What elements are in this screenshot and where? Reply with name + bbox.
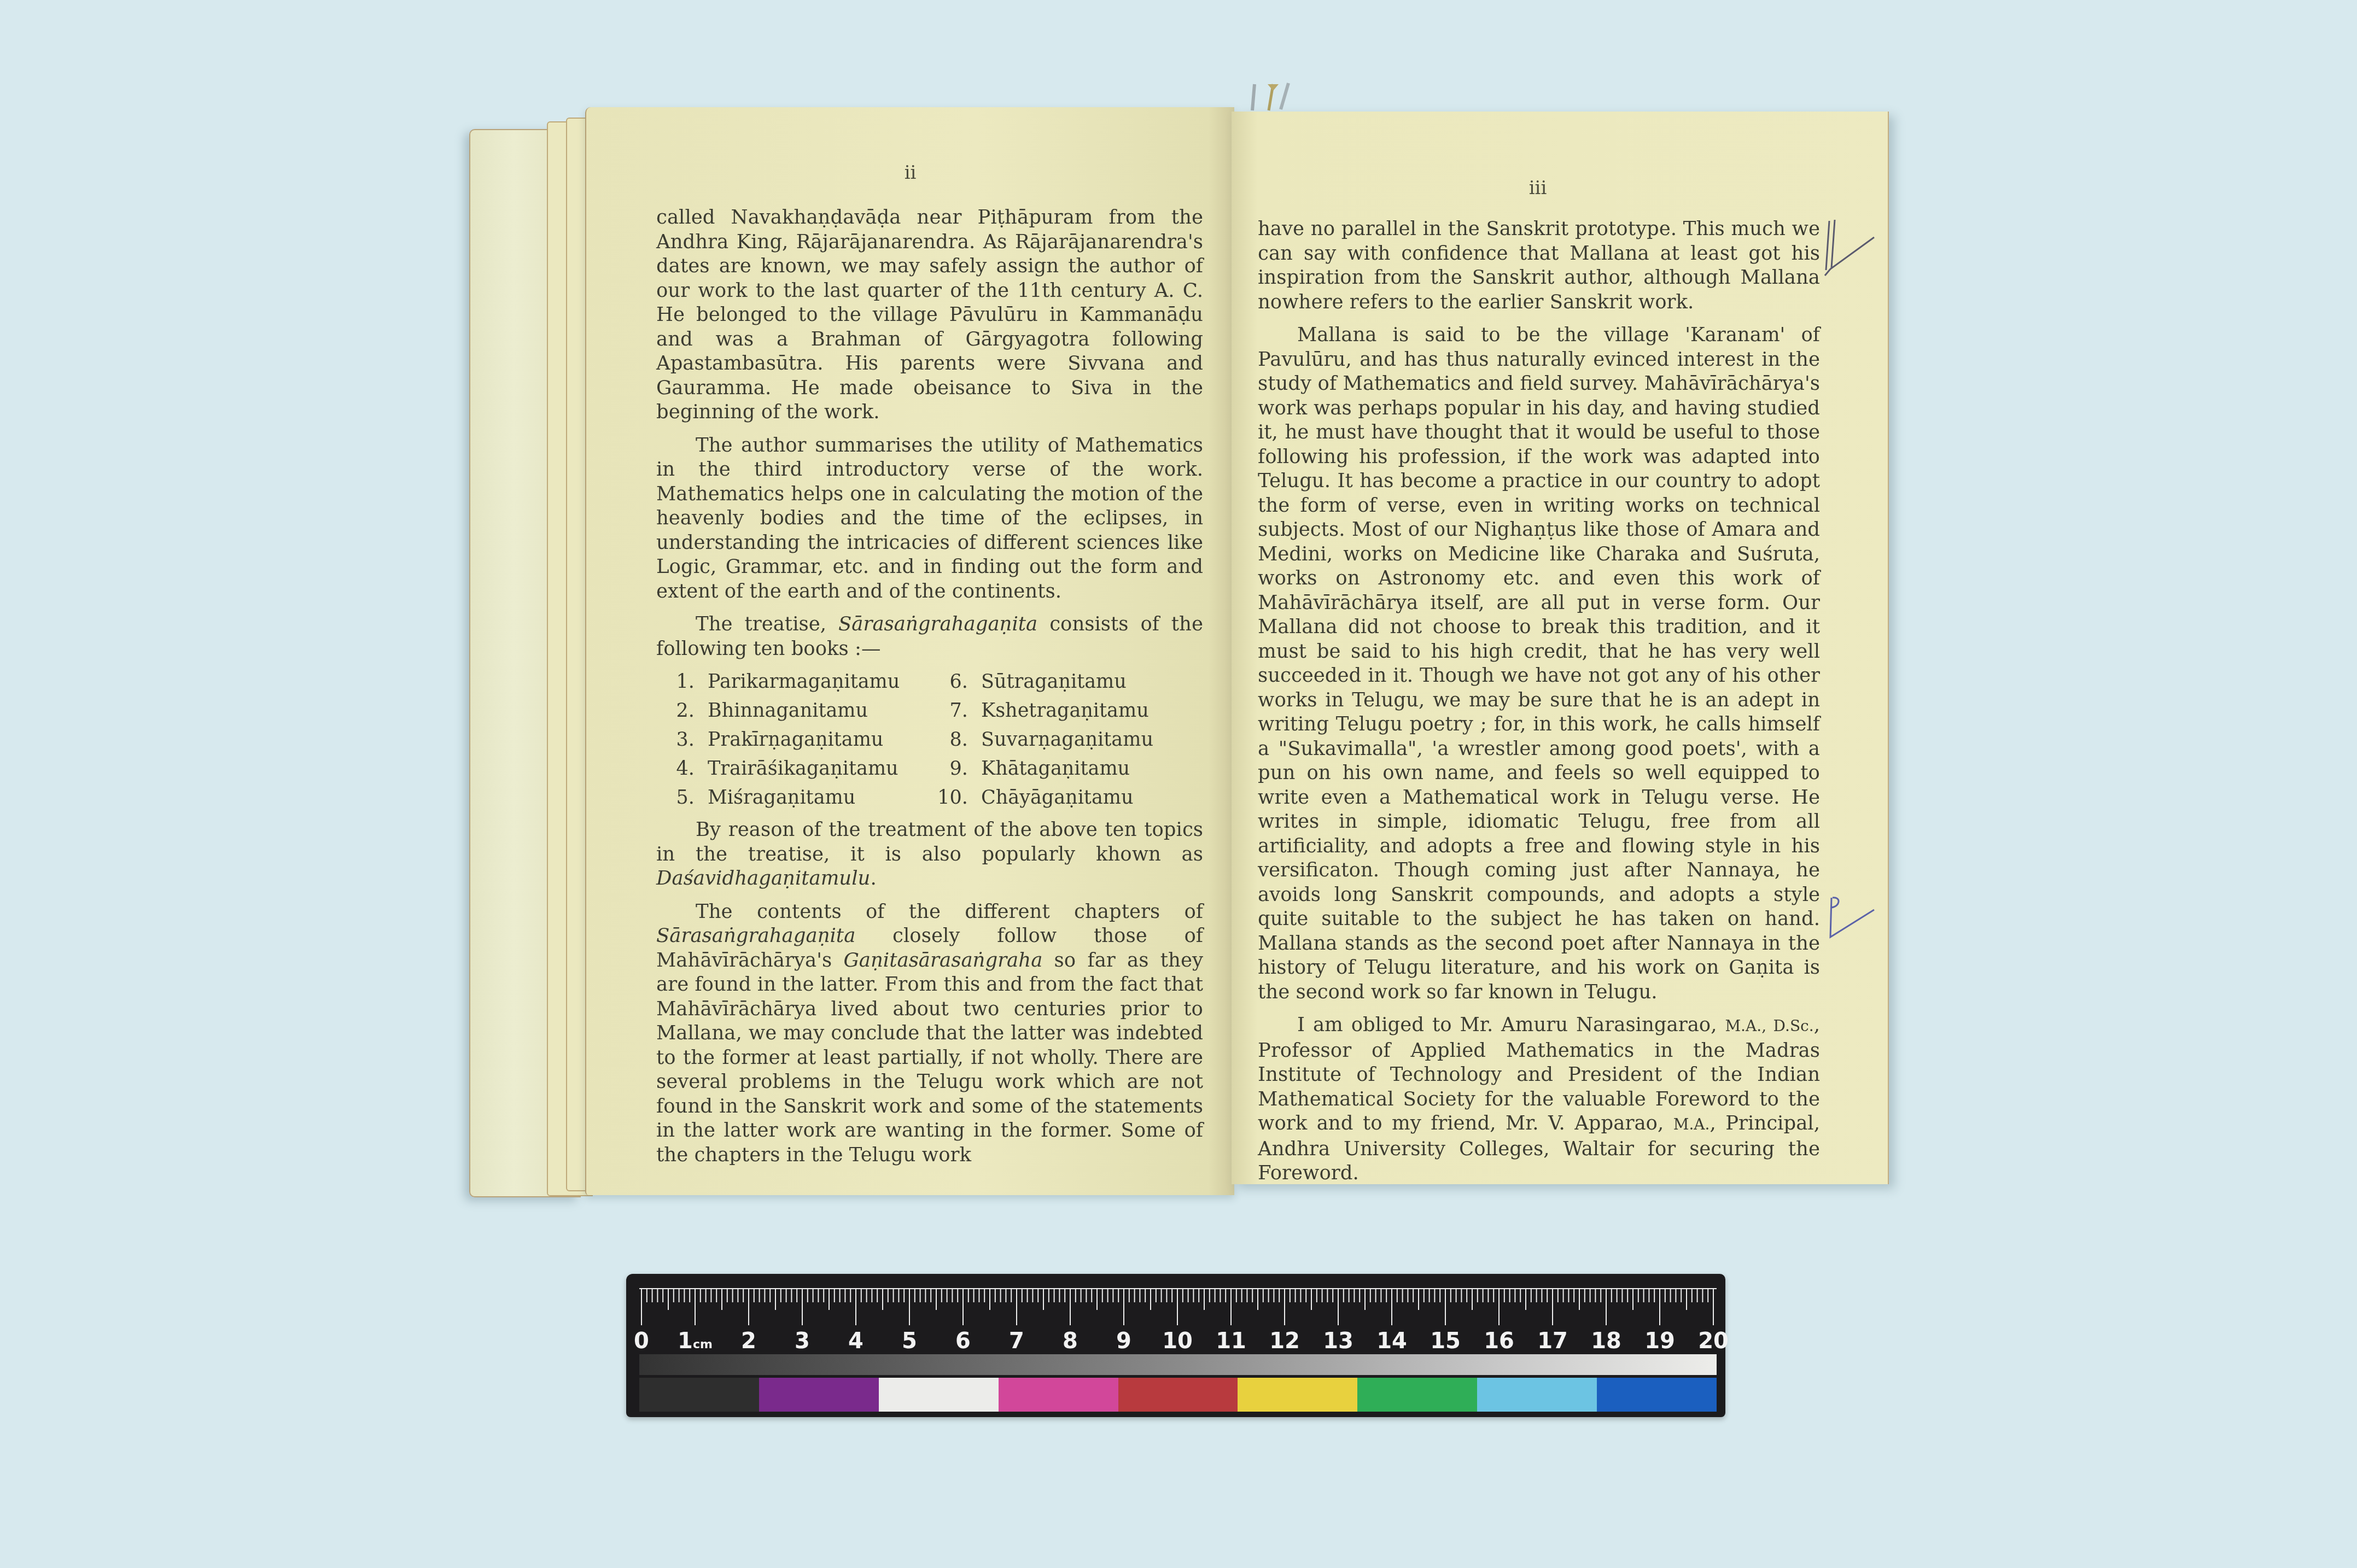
title-italic: Sārasaṅgrahagaṇita xyxy=(838,613,1037,635)
paragraph: The treatise, Sārasaṅgrahagaṇita consist… xyxy=(656,612,1203,661)
ruler-label: 10 xyxy=(1162,1329,1193,1354)
paragraph: By reason of the treatment of the above … xyxy=(656,818,1203,891)
ruler-label: 6 xyxy=(955,1329,971,1354)
ruler-label: 17 xyxy=(1537,1329,1568,1354)
paragraph: The author summarises the utility of Mat… xyxy=(656,434,1203,604)
list-item: 3.Prakīrṇagaṇitamu xyxy=(656,728,930,752)
left-page-body: called Navakhaṇḍavāḍa near Piṭhāpuram fr… xyxy=(656,206,1203,1176)
list-item: 8.Suvarṇagaṇitamu xyxy=(930,728,1203,752)
list-item: 4.Trairāśikagaṇitamu xyxy=(656,757,930,781)
color-swatch xyxy=(1118,1378,1238,1412)
color-swatch xyxy=(879,1378,999,1412)
ruler-label: 8 xyxy=(1063,1329,1078,1354)
title-italic: Gaṇitasārasaṅgraha xyxy=(843,949,1042,972)
paragraph: I am obliged to Mr. Amuru Narasingarao, … xyxy=(1258,1013,1820,1186)
list-item: 5.Miśragaṇitamu xyxy=(656,786,930,810)
books-list: 1.Parikarmagaṇitamu 6.Sūtragaṇitamu 2.Bh… xyxy=(656,670,1203,810)
paragraph: called Navakhaṇḍavāḍa near Piṭhāpuram fr… xyxy=(656,206,1203,425)
color-swatch xyxy=(1477,1378,1597,1412)
paragraph: have no parallel in the Sanskrit prototy… xyxy=(1258,217,1820,314)
ruler-label: 13 xyxy=(1323,1329,1353,1354)
ruler-label: 1cm xyxy=(678,1329,713,1354)
page-number: ii xyxy=(586,162,1234,184)
title-italic: Daśavidhagaṇitamulu xyxy=(656,867,870,890)
pencil-margin-mark-icon xyxy=(1819,215,1885,325)
ruler-label: 18 xyxy=(1591,1329,1621,1354)
ruler-label: 4 xyxy=(848,1329,864,1354)
staple-pin-icon xyxy=(1248,82,1292,115)
ruler-label: 2 xyxy=(741,1329,756,1354)
ruler-label: 16 xyxy=(1484,1329,1514,1354)
list-item: 10.Chāyāgaṇitamu xyxy=(930,786,1203,810)
ruler-label: 20 xyxy=(1698,1329,1729,1354)
scale-ruler: 01cm234567891011121314151617181920 xyxy=(626,1274,1725,1417)
color-swatch xyxy=(759,1378,879,1412)
paragraph: Mallana is said to be the village 'Karan… xyxy=(1258,323,1820,1004)
list-item: 7.Kshetragaṇitamu xyxy=(930,699,1203,723)
ruler-label: 14 xyxy=(1376,1329,1407,1354)
paragraph: The contents of the different chapters o… xyxy=(656,900,1203,1168)
list-item: 6.Sūtragaṇitamu xyxy=(930,670,1203,694)
page-number: iii xyxy=(1210,177,1866,199)
color-swatch xyxy=(1238,1378,1357,1412)
right-page-body: have no parallel in the Sanskrit prototy… xyxy=(1258,217,1820,1195)
color-swatch xyxy=(1357,1378,1477,1412)
left-page: ii called Navakhaṇḍavāḍa near Piṭhāpuram… xyxy=(585,107,1234,1195)
ruler-label: 0 xyxy=(634,1329,649,1354)
ruler-label: 15 xyxy=(1430,1329,1461,1354)
ruler-label: 3 xyxy=(795,1329,810,1354)
ruler-label: 12 xyxy=(1269,1329,1300,1354)
ruler-label: 11 xyxy=(1216,1329,1246,1354)
ruler-label: 9 xyxy=(1116,1329,1131,1354)
ruler-label: 7 xyxy=(1009,1329,1024,1354)
list-item: 9.Khātagaṇitamu xyxy=(930,757,1203,781)
color-swatch xyxy=(999,1378,1118,1412)
list-item: 1.Parikarmagaṇitamu xyxy=(656,670,930,694)
title-italic: Sārasaṅgrahagaṇita xyxy=(656,925,855,947)
right-page: iii have no parallel in the Sanskrit pro… xyxy=(1232,112,1889,1184)
list-item: 2.Bhinnaganitamu xyxy=(656,699,930,723)
ruler-ticks xyxy=(639,1288,1717,1326)
color-swatch xyxy=(1597,1378,1717,1412)
color-swatches xyxy=(639,1378,1717,1412)
ruler-label: 19 xyxy=(1644,1329,1675,1354)
grayscale-strip xyxy=(639,1354,1717,1375)
color-swatch xyxy=(639,1378,759,1412)
pen-margin-mark-icon xyxy=(1825,893,1891,964)
ruler-labels: 01cm234567891011121314151617181920 xyxy=(639,1329,1722,1356)
ruler-label: 5 xyxy=(902,1329,917,1354)
